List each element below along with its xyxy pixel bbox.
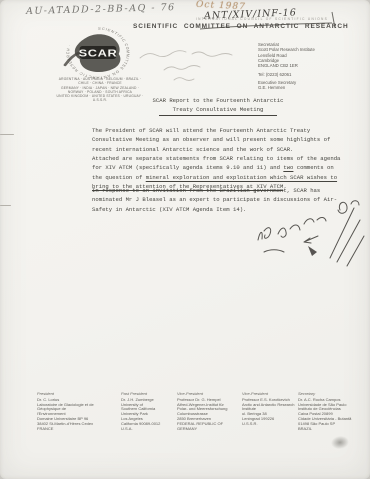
footer-column-past-president: Past President Dr. J.H. Zumberge Univers… <box>121 392 175 431</box>
paragraph-2-underlined-word: two <box>283 164 293 171</box>
footer-address: Professor Dr. G. Hempel Alfred-Wegener-I… <box>177 398 239 432</box>
margin-dash <box>0 205 11 206</box>
margin-dash <box>0 134 14 135</box>
footer-column-secretary: Secretary Dr. A.C. Rocha Campos Universi… <box>298 392 362 431</box>
executive-secretary: Executive Secretary G.E. Hemmen <box>258 80 338 90</box>
archive-ref-handwriting: AU-ATADD-2-BB-AQ - 76 <box>26 2 176 17</box>
ink-scribble <box>252 196 367 274</box>
footer-address: Professor E.S. Korotkevich Arctic and An… <box>242 398 296 427</box>
footer-column-vice-president-1: Vice-President Professor Dr. G. Hempel A… <box>177 392 239 431</box>
footer-column-vice-president-2: Vice-President Professor E.S. Korotkevic… <box>242 392 296 427</box>
scar-logo: SCIENTIFIC COMMITTEE ON ANTARCTIC RESEAR… <box>62 26 134 80</box>
pencil-annotation <box>134 46 246 94</box>
secretariat-address: Secretariat Scott Polar Research Institu… <box>258 42 338 68</box>
footer-address: Dr. J.H. Zumberge University of Southern… <box>121 398 175 432</box>
paragraph-1: The President of SCAR will attend the Fo… <box>92 126 344 154</box>
letter-title-line2: Treaty Consultative Meeting <box>159 106 278 117</box>
document-page: AU-ATADD-2-BB-AQ - 76 Oct 1987 INTERNATI… <box>0 0 370 479</box>
page-smudge <box>330 435 350 450</box>
letter-title-line1: SCAR Report to the Fourteenth Antarctic <box>92 97 344 106</box>
footer-address: Dr. C. Lorius Laboratoire de Glaciologie… <box>37 398 119 432</box>
org-title: SCIENTIFIC COMMITTEE ON ANTARCTIC RESEAR… <box>133 23 361 30</box>
footer-column-president: President Dr. C. Lorius Laboratoire de G… <box>37 392 119 431</box>
footer-address: Dr. A.C. Rocha Campos Universidade de Sã… <box>298 398 362 432</box>
ink-blot <box>308 246 317 256</box>
logo-scar-label: SCAR <box>79 48 118 60</box>
letter-title: SCAR Report to the Fourteenth Antarctic … <box>92 97 344 116</box>
telephone: Tel: (0223) 62061 <box>258 72 291 77</box>
